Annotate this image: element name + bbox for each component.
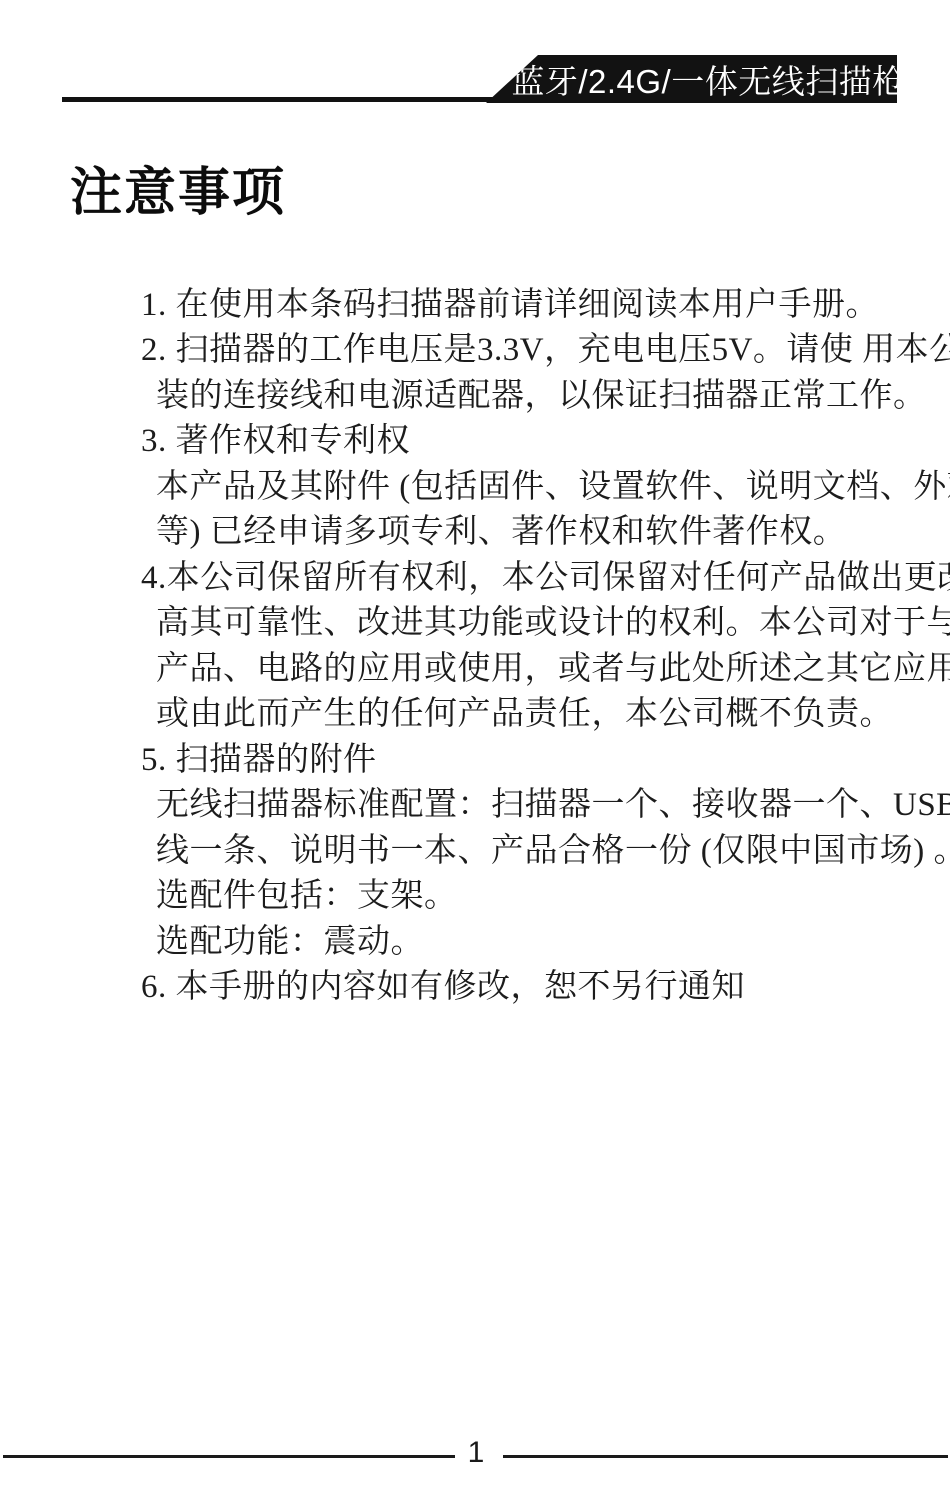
notice-line-text: 1. 在使用本条码扫描器前请详细阅读本用户手册。 — [141, 287, 879, 323]
notice-line-text: 4.本公司保留所有权利，本公司保留对任何产品做出更改以提 — [141, 560, 950, 596]
notice-line-text: 选配件包括：支架。 — [156, 878, 458, 914]
notice-list: 1. 在使用本条码扫描器前请详细阅读本用户手册。 2. 扫描器的工作电压是3.3… — [0, 237, 950, 965]
notice-line-text: 3. 著作权和专利权 — [141, 423, 410, 459]
notice-line-text: 等) 已经申请多项专利、著作权和软件著作权。 — [156, 514, 846, 550]
notice-line-text: 选配功能：震动。 — [156, 924, 424, 960]
notice-line-text: 产品、电路的应用或使用，或者与此处所述之其它应用相关 — [156, 651, 950, 687]
notice-line-text: 6. 本手册的内容如有修改，恕不另行通知 — [141, 969, 745, 1005]
notice-line-text: 或由此而产生的任何产品责任，本公司概不负责。 — [156, 696, 893, 732]
header-banner-label: 蓝牙/2.4G/一体无线扫描枪 — [511, 56, 905, 103]
notice-line-text: 5. 扫描器的附件 — [141, 742, 377, 778]
notice-line-text: 线一条、说明书一本、产品合格一份 (仅限中国市场) 。 — [156, 833, 950, 869]
notice-line-text: 本产品及其附件 (包括固件、设置软件、说明文档、外观等 — [156, 469, 950, 505]
notice-line-text: 2. 扫描器的工作电压是3.3V，充电电压5V。请使 用本公司原 — [141, 332, 950, 368]
footer-rule-right — [503, 1455, 948, 1458]
footer-rule-left — [3, 1455, 455, 1458]
notice-line-text: 无线扫描器标准配置：扫描器一个、接收器一个、USB电缆 — [156, 787, 950, 823]
notice-line-text: 装的连接线和电源适配器，以保证扫描器正常工作。 — [156, 378, 927, 414]
notice-line: 1. 在使用本条码扫描器前请详细阅读本用户手册。 — [0, 237, 950, 283]
manual-page: 蓝牙/2.4G/一体无线扫描枪 注意事项 1. 在使用本条码扫描器前请详细阅读本… — [0, 0, 950, 1512]
header-rule — [62, 97, 514, 102]
footer-page-number: 1 — [446, 1436, 506, 1470]
page-title: 注意事项 — [70, 150, 286, 225]
notice-line-text: 高其可靠性、改进其功能或设计的权利。本公司对于与任何 — [156, 605, 950, 641]
header-banner: 蓝牙/2.4G/一体无线扫描枪 — [486, 55, 897, 103]
